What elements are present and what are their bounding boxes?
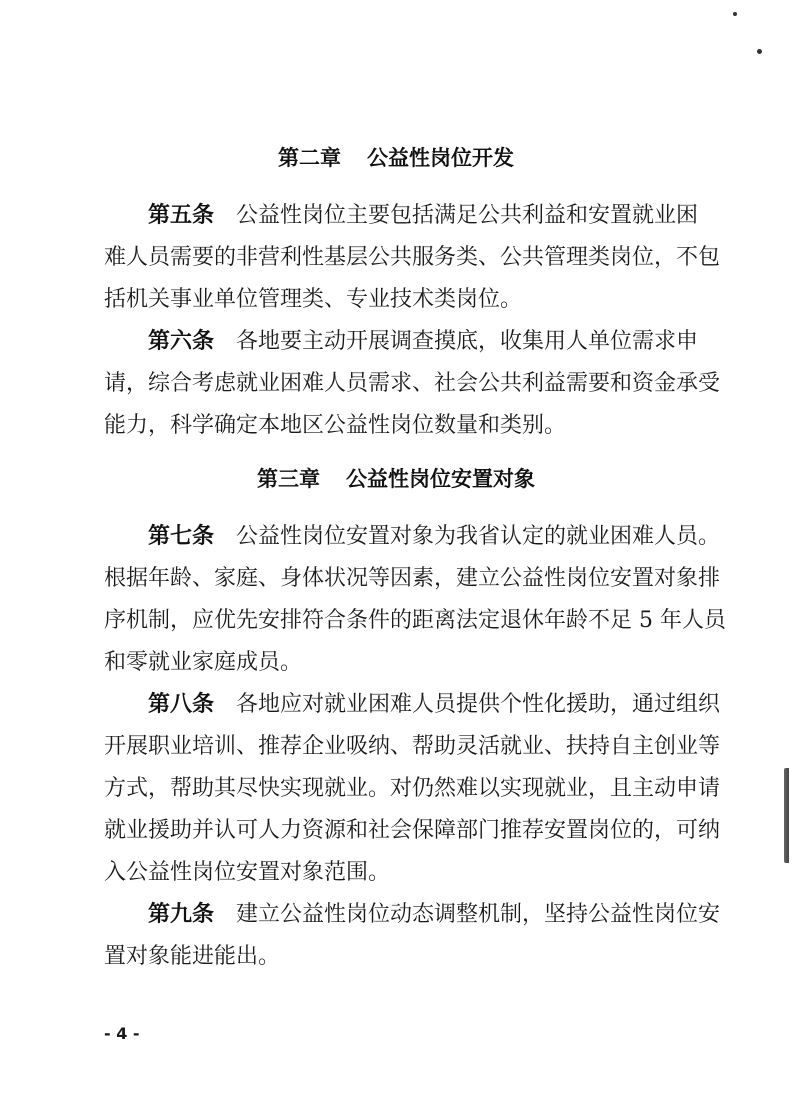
article-6-line-2: 请，综合考虑就业困难人员需求、社会公共利益需要和资金承受 — [104, 369, 698, 399]
chapter-number: 第三章 — [257, 467, 320, 491]
article-label: 第六条 — [148, 329, 214, 354]
article-8-line-4: 就业援助并认可人力资源和社会保障部门推荐安置岗位的，可纳 — [104, 816, 698, 846]
page-number: - 4 - — [104, 1024, 140, 1043]
article-7-line-1: 第七条公益性岗位安置对象为我省认定的就业困难人员。 — [148, 522, 698, 552]
article-label: 第九条 — [148, 902, 214, 927]
chapter-2-heading: 第二章公益性岗位开发 — [0, 142, 792, 172]
article-9-line-2: 置对象能进能出。 — [104, 942, 698, 972]
article-9-line-1: 第九条建立公益性岗位动态调整机制，坚持公益性岗位安 — [148, 900, 698, 930]
chapter-title: 公益性岗位安置对象 — [346, 467, 535, 491]
article-7-line-4: 和零就业家庭成员。 — [104, 648, 698, 678]
article-text: 公益性岗位主要包括满足公共利益和安置就业困 — [236, 203, 698, 228]
article-text: 各地要主动开展调查摸底，收集用人单位需求申 — [236, 329, 698, 354]
article-8-line-5: 入公益性岗位安置对象范围。 — [104, 858, 698, 888]
article-8-line-1: 第八条各地应对就业困难人员提供个性化援助，通过组织 — [148, 690, 698, 720]
scan-speck — [733, 12, 737, 16]
article-text: 公益性岗位安置对象为我省认定的就业困难人员。 — [236, 524, 720, 549]
article-label: 第八条 — [148, 692, 214, 717]
article-6-line-3: 能力，科学确定本地区公益性岗位数量和类别。 — [104, 411, 698, 441]
article-8-line-2: 开展职业培训、推荐企业吸纳、帮助灵活就业、扶持自主创业等 — [104, 732, 698, 762]
article-5-line-3: 括机关事业单位管理类、专业技术类岗位。 — [104, 285, 698, 315]
article-7-line-3: 序机制，应优先安排符合条件的距离法定退休年龄不足 5 年人员 — [104, 606, 698, 636]
chapter-number: 第二章 — [278, 146, 341, 170]
article-text: 各地应对就业困难人员提供个性化援助，通过组织 — [236, 692, 720, 717]
article-6-line-1: 第六条各地要主动开展调查摸底，收集用人单位需求申 — [148, 327, 698, 357]
document-page: 第二章公益性岗位开发 第五条公益性岗位主要包括满足公共利益和安置就业困 难人员需… — [0, 0, 792, 1118]
article-8-line-3: 方式，帮助其尽快实现就业。对仍然难以实现就业，且主动申请 — [104, 774, 698, 804]
scan-edge-mark — [784, 768, 789, 863]
chapter-3-heading: 第三章公益性岗位安置对象 — [0, 463, 792, 493]
chapter-title: 公益性岗位开发 — [367, 146, 514, 170]
article-7-line-2: 根据年龄、家庭、身体状况等因素，建立公益性岗位安置对象排 — [104, 564, 698, 594]
article-5-line-1: 第五条公益性岗位主要包括满足公共利益和安置就业困 — [148, 201, 698, 231]
article-5-line-2: 难人员需要的非营利性基层公共服务类、公共管理类岗位，不包 — [104, 243, 698, 273]
article-text: 建立公益性岗位动态调整机制，坚持公益性岗位安 — [236, 902, 720, 927]
article-label: 第七条 — [148, 524, 214, 549]
scan-speck — [757, 49, 762, 54]
article-label: 第五条 — [148, 203, 214, 228]
